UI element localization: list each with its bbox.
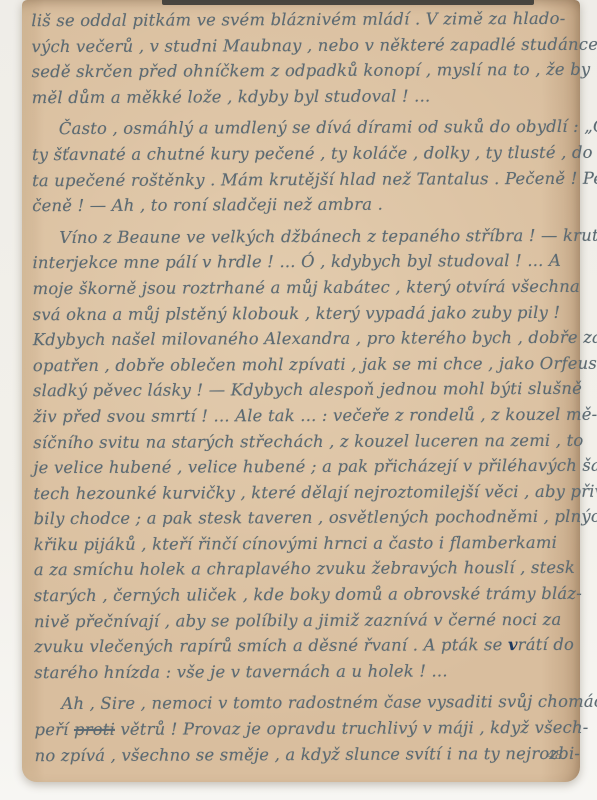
manuscript-line: nivě přečnívají , aby se políbily a jimi… <box>34 606 574 634</box>
manuscript-text-segment: tech hezounké kurvičky , které dělají ne… <box>33 481 597 503</box>
manuscript-line: sedě skrčen před ohníčkem z odpadků kono… <box>32 57 572 85</box>
manuscript-text-segment: Ah , Sire , nemoci v tomto radostném čas… <box>61 692 597 713</box>
scan-top-edge <box>162 0 534 5</box>
manuscript-line: Kdybych našel milovaného Alexandra , pro… <box>33 325 573 353</box>
manuscript-line: měl dům a měkké lože , kdyby byl studova… <box>32 83 572 111</box>
manuscript-line: Často , osmáhlý a umdlený se dívá dírami… <box>32 114 572 142</box>
manuscript-text-segment: moje škorně jsou roztrhané a můj kabátec… <box>33 277 580 298</box>
manuscript-text-segment: měl dům a měkké lože , kdyby byl studova… <box>32 86 431 107</box>
manuscript-text-segment: liš se oddal pitkám ve svém bláznivém ml… <box>31 9 565 30</box>
manuscript-text-segment: svá okna a můj plstěný klobouk , který v… <box>33 302 561 323</box>
manuscript-text-segment: sladký pěvec lásky ! — Kdybych alespoň j… <box>33 379 582 400</box>
scan-background: liš se oddal pitkám ve svém bláznivém ml… <box>0 0 597 800</box>
manuscript-text-segment: ty šťavnaté a chutné kury pečené , ty ko… <box>32 143 597 165</box>
manuscript-text-segment: křiku pijáků , kteří řinčí cínovými hrnc… <box>34 533 557 554</box>
manuscript-line: čeně ! — Ah , to roní sladčeji než ambra… <box>32 191 572 219</box>
manuscript-text-segment: je velice hubené , velice hubené ; a pak… <box>33 456 597 478</box>
manuscript-text-segment: nivě přečnívají , aby se políbily a jimi… <box>34 610 562 631</box>
manuscript-text-segment: bily chodce ; a pak stesk taveren , osvě… <box>34 507 597 529</box>
manuscript-line: bily chodce ; a pak stesk taveren , osvě… <box>34 504 574 532</box>
manuscript-line: křiku pijáků , kteří řinčí cínovými hrnc… <box>34 530 574 558</box>
manuscript-text-segment: interjekce mne pálí v hrdle ! ... Ó , kd… <box>32 251 561 272</box>
manuscript-text-segment: no zpívá , všechno se směje , a když slu… <box>35 743 581 764</box>
manuscript-text-segment: vých večerů , v studni Maubnay , nebo v … <box>31 34 597 56</box>
page-number: 48 <box>547 747 563 762</box>
manuscript-line: a za smíchu holek a chraplavého zvuku že… <box>34 555 574 583</box>
manuscript-line: interjekce mne pálí v hrdle ! ... Ó , kd… <box>32 248 572 276</box>
manuscript-text-segment: čeně ! — Ah , to roní sladčeji než ambra… <box>32 195 383 216</box>
manuscript-line: moje škorně jsou roztrhané a můj kabátec… <box>33 274 573 302</box>
manuscript-line: je velice hubené , velice hubené ; a pak… <box>33 453 573 481</box>
manuscript-text-segment: Víno z Beaune ve velkých džbánech z tepa… <box>59 225 597 246</box>
manuscript-line: svá okna a můj plstěný klobouk , který v… <box>33 299 573 327</box>
manuscript-text-segment: větrů ! Provaz je opravdu truchlivý v má… <box>115 718 589 739</box>
manuscript-line: zvuku vlečených rapírů smích a děsné řva… <box>34 632 574 660</box>
manuscript-text-segment: zvuku vlečených rapírů smích a děsné řva… <box>34 635 508 656</box>
manuscript-text-segment: Často , osmáhlý a umdlený se dívá dírami… <box>59 117 597 138</box>
manuscript-text-segment: Kdybych našel milovaného Alexandra , pro… <box>33 328 597 350</box>
manuscript-line: živ před svou smrtí ! ... Ale tak ... : … <box>33 402 573 430</box>
manuscript-text-segment: starých , černých uliček , kde boky domů… <box>34 584 582 605</box>
dark-ink-correction: v <box>508 635 518 654</box>
manuscript-paragraph: Často , osmáhlý a umdlený se dívá dírami… <box>32 114 572 219</box>
manuscript-line: Ah , Sire , nemoci v tomto radostném čas… <box>34 689 574 717</box>
manuscript-line: starého hnízda : vše je v tavernách a u … <box>34 658 574 686</box>
manuscript-text-segment: sedě skrčen před ohníčkem z odpadků kono… <box>32 60 591 81</box>
manuscript-text-segment: opatřen , dobře oblečen mohl zpívati , j… <box>33 353 597 375</box>
manuscript-page: liš se oddal pitkám ve svém bláznivém ml… <box>22 0 580 782</box>
manuscript-line: liš se oddal pitkám ve svém bláznivém ml… <box>31 6 571 34</box>
manuscript-paragraph: liš se oddal pitkám ve svém bláznivém ml… <box>31 6 571 111</box>
manuscript-line: síčního svitu na starých střechách , z k… <box>33 427 573 455</box>
manuscript-text-segment: peří <box>34 720 74 739</box>
manuscript-line: starých , černých uliček , kde boky domů… <box>34 581 574 609</box>
manuscript-line: sladký pěvec lásky ! — Kdybych alespoň j… <box>33 376 573 404</box>
manuscript-text-segment: a za smíchu holek a chraplavého zvuku že… <box>34 558 575 579</box>
manuscript-line: tech hezounké kurvičky , které dělají ne… <box>33 479 573 507</box>
manuscript-text-segment: rátí do <box>518 635 575 654</box>
manuscript-line: vých večerů , v studni Maubnay , nebo v … <box>31 31 571 59</box>
manuscript-text: liš se oddal pitkám ve svém bláznivém ml… <box>31 6 574 769</box>
manuscript-paragraph: Ah , Sire , nemoci v tomto radostném čas… <box>34 689 574 768</box>
manuscript-text-segment: starého hnízda : vše je v tavernách a u … <box>34 661 448 682</box>
manuscript-text-segment: živ před svou smrtí ! ... Ale tak ... : … <box>33 405 597 426</box>
manuscript-line: ty šťavnaté a chutné kury pečené , ty ko… <box>32 140 572 168</box>
manuscript-line: Víno z Beaune ve velkých džbánech z tepa… <box>32 223 572 251</box>
manuscript-paragraph: Víno z Beaune ve velkých džbánech z tepa… <box>32 223 574 686</box>
manuscript-line: no zpívá , všechno se směje , a když slu… <box>35 740 575 768</box>
struck-word: proti <box>74 720 115 739</box>
manuscript-line: ta upečené roštěnky . Mám krutější hlad … <box>32 165 572 193</box>
manuscript-text-segment: síčního svitu na starých střechách , z k… <box>33 430 583 451</box>
manuscript-text-segment: ta upečené roštěnky . Mám krutější hlad … <box>32 168 597 190</box>
manuscript-line: opatřen , dobře oblečen mohl zpívati , j… <box>33 351 573 379</box>
manuscript-line: peří proti větrů ! Provaz je opravdu tru… <box>34 715 574 743</box>
